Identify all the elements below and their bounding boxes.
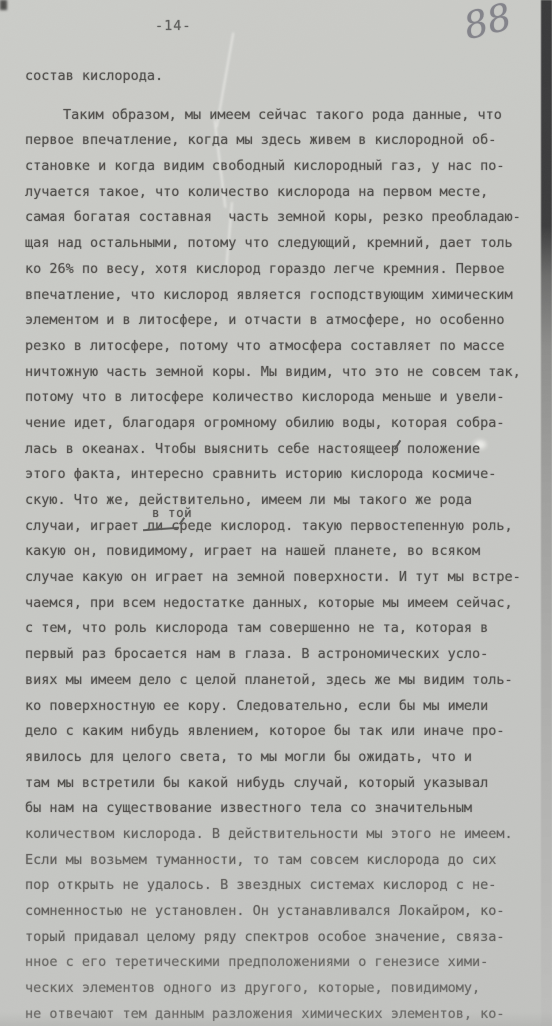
text-line: сомненностью не установлен. Он устанавли… [25,899,537,925]
text-line: дело с каким нибудь явлением, которое бы… [25,719,537,745]
text-line: Если мы возьмем туманности, то там совсе… [25,848,537,874]
text-line: с тем, что роль кислорода там совершенно… [25,616,537,642]
text-line: впечатление, что кислород является госпо… [25,283,537,309]
text-line: чаемся, при всем недостатке данных, кото… [25,591,537,617]
text-line: становке и когда видим свободный кислоро… [25,154,537,180]
text-line: пор открыть не удалось. В звездных систе… [25,873,537,899]
scan-edge-band [541,0,552,1026]
text-line: количеством кислорода. В действительност… [25,822,537,848]
text-line: ко 26% по весу, хотя кислород гораздо ле… [25,257,537,283]
text-line: первое впечатление, когда мы здесь живем… [25,128,537,154]
text-line: там мы встретили бы какой нибудь случай,… [25,771,537,797]
text-line: виях мы имеем дело с целой планетой, зде… [25,668,537,694]
text-line: потому что в литосфере количество кислор… [25,385,537,411]
text-line: явилось для целого света, то мы могли бы… [25,745,537,771]
text-line: какую он, повидимому, играет на нашей пл… [25,539,537,565]
text-line: этого факта, интересно сравнить историю … [25,462,537,488]
text-line: лась в океанах. Чтобы выяснить себе наст… [25,437,537,463]
scan-corner-artifact [0,0,7,10]
scan-bottom-shade [0,1012,552,1026]
text-line: ничтожную часть земной коры. Мы видим, ч… [25,360,537,386]
text-line: случаи, играет ли среде кислород. такую … [25,514,537,540]
text-line: случае какую он играет на земной поверхн… [25,565,537,591]
text-line: щая над остальными, потому что следующий… [25,231,537,257]
text-line: ческих элементов одного из другого, кото… [25,976,537,1002]
handwritten-folio-number: 88 [459,0,515,48]
text-line: самая богатая составная часть земной кор… [25,205,537,231]
text-line: Таким образом, мы имеем сейчас такого ро… [25,103,537,129]
typed-text: состав кислорода.Таким образом, мы имеем… [25,64,537,1026]
scanned-page: -14- 88 состав кислорода.Таким образом, … [0,0,552,1026]
text-line: торый придавал целому ряду спектров особ… [25,925,537,951]
text-line: ко поверхностную ее кору. Следовательно,… [25,694,537,720]
text-line: чение идет, благодаря огромному обилию в… [25,411,537,437]
text-line: резко в литосфере, потому что атмосфера … [25,334,537,360]
text-line: лучается такое, что количество кислорода… [25,180,537,206]
typed-insertion-above-line: в той [152,505,192,520]
text-line: первый раз бросается нам в глаза. В астр… [25,642,537,668]
text-line: нное с его теретическими предположениями… [25,950,537,976]
text-line: состав кислорода. [25,64,537,90]
text-line: скую. Что же, действительно, имеем ли мы… [25,488,537,514]
text-line: элементом и в литосфере, и отчасти в атм… [25,308,537,334]
text-line: бы нам на существование известного тела … [25,796,537,822]
page-number: -14- [155,18,192,34]
